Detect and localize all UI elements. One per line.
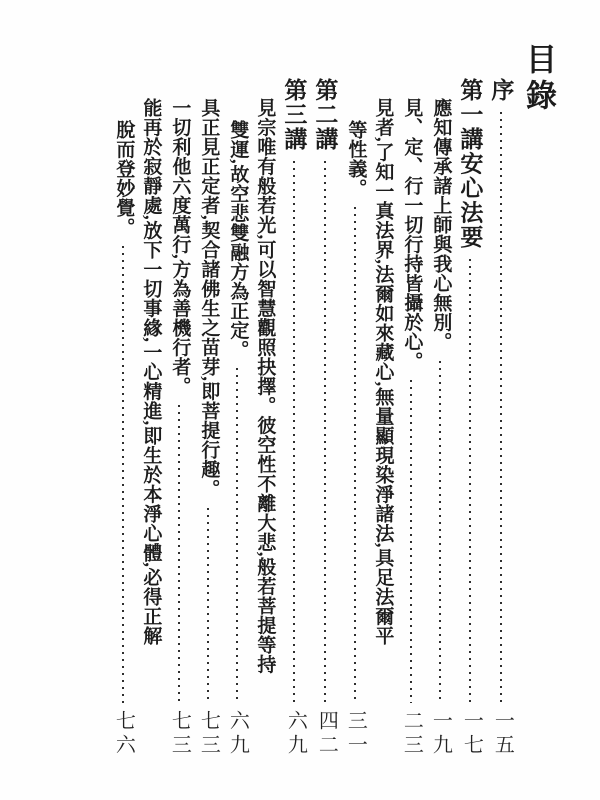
page-number: 七三 <box>197 708 218 772</box>
dotted-leader <box>207 508 209 704</box>
toc-entry-text: 序 <box>489 78 512 103</box>
page-number: 六九 <box>282 708 305 772</box>
page-number: 一五 <box>489 708 512 772</box>
toc-entry-text: 雙運,故空悲雙融方為正定。 <box>226 120 247 359</box>
toc-entry-text: 脫而登妙覺。 <box>112 120 133 237</box>
toc-heading-1: 第一講安心法要一七 <box>458 40 481 772</box>
toc-heading-5: 第二講四二 <box>313 40 336 772</box>
page-number: 七三 <box>168 708 189 772</box>
toc-entry-text: 具正見正定者,契合諸佛生之苗芽,即菩提行趣。 <box>197 98 218 499</box>
toc-entry-3: 見、定、行一切行持皆攝於心。二三 <box>400 40 421 772</box>
toc-entry-text: 第三講 <box>282 78 305 152</box>
page-number: 二三 <box>400 708 421 772</box>
book-page: 目錄 序一五第一講安心法要一七應知傳承諸上師與我心無別。一九見、定、行一切行持皆… <box>0 0 600 800</box>
page-number: 一七 <box>458 708 481 772</box>
dotted-leader <box>293 161 295 704</box>
toc-entry-text: 第二講 <box>313 78 336 152</box>
toc-entry-2: 應知傳承諸上師與我心無別。一九 <box>429 40 450 772</box>
toc-entry-9: 一切利他六度萬行,方為善機行者。七三 <box>168 40 189 772</box>
page-number: 七六 <box>112 708 133 772</box>
dotted-leader <box>236 368 238 703</box>
page-number: 六九 <box>226 708 247 772</box>
toc-entry-4-continuation: 等性義。三一 <box>344 40 365 772</box>
dotted-leader <box>354 207 356 703</box>
toc-entry-8: 具正見正定者,契合諸佛生之苗芽,即菩提行趣。七三 <box>197 40 218 772</box>
dotted-leader <box>178 405 180 703</box>
toc-entry-text: 一切利他六度萬行,方為善機行者。 <box>168 98 189 396</box>
dotted-leader <box>439 361 441 704</box>
dotted-leader <box>324 161 326 704</box>
toc-entry-text: 見宗唯有般若光,可以智慧觀照抉擇。彼空性不離大悲,般若菩提等持 <box>255 98 274 674</box>
toc-heading-0: 序一五 <box>489 40 512 772</box>
page-title: 目錄 <box>520 40 556 772</box>
toc-entry-text: 能再於寂靜處,放下一切事緣,一心精進,即生於本淨心體,必得正解 <box>141 98 160 646</box>
dotted-leader <box>122 246 124 703</box>
page-title-text: 目錄 <box>520 40 556 115</box>
toc-entry-10-continuation: 脫而登妙覺。七六 <box>112 40 133 772</box>
toc-heading-6: 第三講六九 <box>282 40 305 772</box>
page-number: 三一 <box>344 708 365 772</box>
toc-entry-text: 第一講安心法要 <box>458 78 481 250</box>
toc-entry-text: 等性義。 <box>344 120 365 198</box>
toc-entry-text: 見、定、行一切行持皆攝於心。 <box>400 98 421 371</box>
toc-entry-7: 見宗唯有般若光,可以智慧觀照抉擇。彼空性不離大悲,般若菩提等持 <box>255 40 274 772</box>
dotted-leader <box>500 112 502 704</box>
table-of-contents: 目錄 序一五第一講安心法要一七應知傳承諸上師與我心無別。一九見、定、行一切行持皆… <box>104 40 562 772</box>
toc-entry-text: 應知傳承諸上師與我心無別。 <box>429 98 450 352</box>
toc-entry-7-continuation: 雙運,故空悲雙融方為正定。六九 <box>226 40 247 772</box>
toc-entry-text: 見者,了知一真法界,法爾如來藏心,無量顯現染淨諸法,具足法爾平 <box>373 98 392 646</box>
toc-entry-10: 能再於寂靜處,放下一切事緣,一心精進,即生於本淨心體,必得正解 <box>141 40 160 772</box>
toc-entry-4: 見者,了知一真法界,法爾如來藏心,無量顯現染淨諸法,具足法爾平 <box>373 40 392 772</box>
page-number: 四二 <box>313 708 336 772</box>
dotted-leader <box>469 259 471 704</box>
page-number: 一九 <box>429 708 450 772</box>
dotted-leader <box>410 380 412 703</box>
